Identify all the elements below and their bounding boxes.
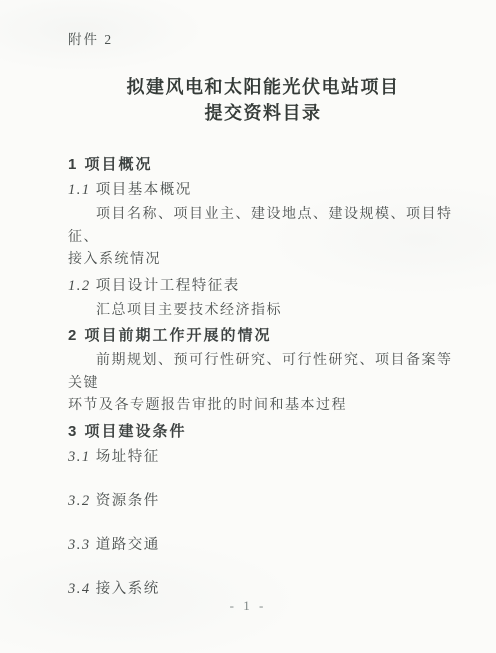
section-body-2: 前期规划、预可行性研究、可行性研究、项目备案等关键 环节及各专题报告审批的时间和… <box>68 350 458 418</box>
document-title: 拟建风电和太阳能光伏电站项目 提交资料目录 <box>68 74 458 126</box>
section-heading-3: 3 项目建设条件 <box>68 421 458 443</box>
section-heading-3-2: 3.2 资源条件 <box>68 490 458 512</box>
section-heading-1-2: 1.2 项目设计工程特征表 <box>68 275 458 297</box>
section-body-1-2: 汇总项目主要技术经济指标 <box>68 300 458 323</box>
section-heading-3-3: 3.3 道路交通 <box>68 534 458 556</box>
section-body-1-1: 项目名称、项目业主、建设地点、建设规模、项目特征、 接入系统情况 <box>68 204 458 272</box>
section-heading-1-1: 1.1 项目基本概况 <box>68 179 458 201</box>
attachment-label: 附件 2 <box>68 32 458 48</box>
section-heading-3-1: 3.1 场址特征 <box>68 446 458 468</box>
document-title-line1: 拟建风电和太阳能光伏电站项目 <box>68 74 458 100</box>
section-heading-3-4: 3.4 接入系统 <box>68 578 458 600</box>
document-title-line2: 提交资料目录 <box>68 100 458 126</box>
section-heading-2: 2 项目前期工作开展的情况 <box>68 325 458 347</box>
page-number: - 1 - <box>0 598 496 614</box>
toc-sections: 1 项目概况 1.1 项目基本概况 项目名称、项目业主、建设地点、建设规模、项目… <box>68 154 458 600</box>
section-heading-1: 1 项目概况 <box>68 154 458 176</box>
document-page: 附件 2 拟建风电和太阳能光伏电站项目 提交资料目录 1 项目概况 1.1 项目… <box>0 0 496 653</box>
